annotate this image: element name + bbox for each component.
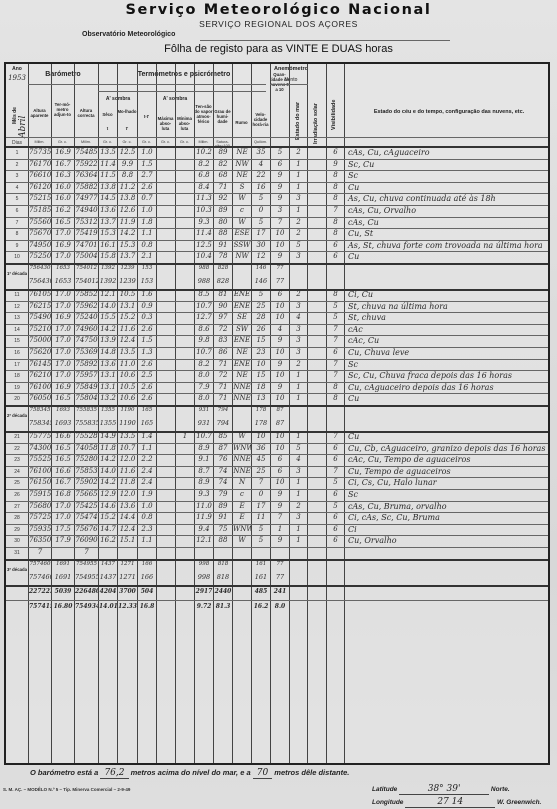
cell-nuv: 7	[271, 513, 289, 521]
cell-vel: 25	[252, 302, 270, 310]
cell-term: 16.0	[52, 183, 74, 191]
cell-alt-ap: 76150	[29, 478, 51, 486]
cell-molh: 12.0	[118, 455, 137, 463]
barometer-note-prefix: O barómetro está a	[30, 768, 98, 777]
cell-alt-cor: 74940	[75, 206, 98, 214]
cell-seco: 14.0	[99, 302, 117, 310]
decade-sum-tensao: 988	[195, 265, 213, 271]
cell-nuv: 7	[271, 218, 289, 226]
cell-tensao: 9.4	[195, 525, 213, 533]
decade-sum-diff: 166	[138, 573, 156, 581]
sky-state-remark: cAc, Cu, Tempo de aguaceiros	[345, 455, 552, 464]
decade-sum-alt-cor: 754955	[75, 573, 98, 581]
cell-molh: 11.9	[118, 218, 137, 226]
decade-sum-seco: 1392	[99, 265, 117, 271]
column-divider	[156, 64, 157, 763]
day-number: 27	[6, 504, 28, 510]
cell-alt-cor: 74058	[75, 444, 98, 452]
day-number: 3	[6, 173, 28, 179]
cell-molh: 13.1	[118, 302, 137, 310]
cell-tensao: 9.8	[195, 336, 213, 344]
year-value: 1953	[6, 74, 28, 82]
unit-label: Gr. c.	[51, 140, 74, 144]
cell-tensao: 12.7	[195, 313, 213, 321]
cell-seco: 11.4	[99, 160, 117, 168]
cell-alt-ap: 76170	[29, 160, 51, 168]
cell-vis: 7	[327, 467, 344, 475]
cell-alt-ap: 75210	[29, 325, 51, 333]
cell-term: 17.9	[52, 536, 74, 544]
cell-hum: 79	[214, 490, 232, 498]
cell-alt-ap: 76120	[29, 183, 51, 191]
cell-min: 1	[176, 432, 194, 440]
cell-alt-cor: 7	[75, 548, 98, 556]
cell-diff: 1.1	[138, 229, 156, 237]
decade-sum-term: 1653	[52, 277, 74, 285]
decade-sum-vel: 178	[252, 419, 270, 427]
total-tensao: 2917	[195, 588, 213, 595]
column-divider	[326, 64, 327, 763]
cell-alt-cor: 75882	[75, 183, 98, 191]
cell-alt-cor: 75280	[75, 455, 98, 463]
decade-sum-hum: 828	[214, 277, 232, 285]
cell-hum: 76	[214, 455, 232, 463]
decade-sum-seco: 1437	[99, 561, 117, 567]
cell-hum: 89	[214, 148, 232, 156]
cell-mar: 1	[290, 478, 307, 486]
cell-mar: 1	[290, 525, 307, 533]
column-divider	[232, 64, 233, 763]
cell-nuv: 6	[271, 160, 289, 168]
cell-vel: 10	[252, 360, 270, 368]
decade-sum-vel: 161	[252, 573, 270, 581]
cell-term: 17.0	[52, 360, 74, 368]
wind-direction-header: Rumo	[232, 120, 251, 125]
cell-vis: 7	[327, 325, 344, 333]
decade-sum-diff: 153	[138, 265, 156, 271]
cell-hum: 71	[214, 360, 232, 368]
cell-alt-cor: 76090	[75, 536, 98, 544]
cell-mar: 5	[290, 444, 307, 452]
cell-diff: 1.4	[138, 432, 156, 440]
cell-vis: 6	[327, 536, 344, 544]
day-number: 18	[6, 373, 28, 379]
sky-state-remark: Cu, Cb, cAguaceiro, granizo depois das 1…	[345, 444, 552, 453]
decade-sum-tensao: 998	[195, 573, 213, 581]
cell-alt-cor: 75902	[75, 478, 98, 486]
total-nuv: 241	[271, 588, 289, 595]
cell-vis: 7	[327, 336, 344, 344]
decade-sum-diff: 165	[138, 419, 156, 427]
cell-tensao: 11.0	[195, 502, 213, 510]
cell-rumo: NE	[233, 371, 251, 379]
cell-molh: 12.4	[118, 525, 137, 533]
column-divider	[175, 64, 176, 763]
cell-molh: 12.5	[118, 148, 137, 156]
cell-alt-ap: 75775	[29, 432, 51, 440]
cell-term: 16.8	[52, 490, 74, 498]
decade-sum-term: 1691	[52, 561, 74, 567]
column-divider	[117, 64, 118, 763]
cell-vel: 17	[252, 229, 270, 237]
decade-sum-alt-ap: 758345	[29, 419, 51, 427]
cell-hum: 81	[214, 290, 232, 298]
cell-alt-ap: 76215	[29, 302, 51, 310]
cell-vel: 18	[252, 383, 270, 391]
sky-state-remark: cAs, Cu, Bruma, orvalho	[345, 502, 552, 511]
decade-sum-molh: 1271	[118, 573, 137, 581]
cell-diff: 0.3	[138, 313, 156, 321]
cell-molh: 13.5	[118, 432, 137, 440]
cell-seco: 16.2	[99, 536, 117, 544]
cell-vis: 8	[327, 194, 344, 202]
cell-rumo: S	[233, 183, 251, 191]
day-number: 14	[6, 327, 28, 333]
barometer-note-mid: metros acima do nível do mar, e a	[131, 768, 251, 777]
cell-term: 17.5	[52, 525, 74, 533]
decade-sum-tensao: 931	[195, 407, 213, 413]
cell-vel: 12	[252, 252, 270, 260]
decade-sum-diff: 153	[138, 277, 156, 285]
cell-mar: 1	[290, 371, 307, 379]
sky-state-remark: Cu, cAguaceiro depois das 16 horas	[345, 383, 552, 392]
cell-alt-cor: 75312	[75, 218, 98, 226]
cell-molh: 10.6	[118, 394, 137, 402]
cell-tensao: 9.1	[195, 455, 213, 463]
cell-tensao: 8.6	[195, 325, 213, 333]
cell-mar: 3	[290, 348, 307, 356]
cell-rumo: W	[233, 194, 251, 202]
cell-seco: 13.8	[99, 183, 117, 191]
sky-state-remark: Cu, St	[345, 229, 552, 238]
barometer-note: O barómetro está a 76,2 metros acima do …	[30, 768, 349, 778]
unit-label: Milim.	[74, 140, 98, 144]
cell-vel: 36	[252, 444, 270, 452]
cell-alt-ap: 75735	[29, 148, 51, 156]
cell-diff: 1.5	[138, 336, 156, 344]
cell-diff: 2.4	[138, 478, 156, 486]
sky-state-remark: As, St, chuva forte com trovoada na últi…	[345, 241, 552, 250]
cell-seco: 13.7	[99, 218, 117, 226]
decade-divider	[6, 585, 548, 587]
cell-mar: 3	[290, 467, 307, 475]
cell-hum: 88	[214, 536, 232, 544]
cell-mar: 3	[290, 325, 307, 333]
cell-rumo: W	[233, 432, 251, 440]
cell-vis: 6	[327, 241, 344, 249]
cell-hum: 91	[214, 241, 232, 249]
sky-state-remark: Sc	[345, 360, 552, 369]
cell-hum: 87	[214, 444, 232, 452]
corrected-height-header: Altura correcta	[74, 108, 98, 118]
cell-vis: 8	[327, 171, 344, 179]
cell-mar: 1	[290, 383, 307, 391]
column-divider	[307, 64, 308, 763]
cell-seco: 13.1	[99, 371, 117, 379]
column-divider	[270, 64, 271, 763]
cell-vel: 7	[252, 478, 270, 486]
unit-label: Quilóm.	[251, 140, 270, 144]
decade-label: 3ª década	[6, 567, 28, 572]
cell-diff: 2.7	[138, 171, 156, 179]
cell-alt-cor: 75892	[75, 360, 98, 368]
cell-term: 16.7	[52, 478, 74, 486]
cell-diff: 2.5	[138, 371, 156, 379]
sky-state-remark: Sc, Cu	[345, 160, 552, 169]
cell-alt-cor: 75369	[75, 348, 98, 356]
decade-sum-seco: 1355	[99, 407, 117, 413]
cell-tensao: 10.2	[195, 148, 213, 156]
cell-alt-ap: 76210	[29, 371, 51, 379]
day-number: 8	[6, 231, 28, 237]
cell-vel: 35	[252, 148, 270, 156]
cell-vis: 6	[327, 252, 344, 260]
decade-sum-seco: 1355	[99, 419, 117, 427]
cell-hum: 80	[214, 218, 232, 226]
day-number: 6	[6, 208, 28, 214]
cell-molh: 11.8	[118, 478, 137, 486]
sky-state-remark: cAc, Cu	[345, 336, 552, 345]
model-line: S. M. AÇ. – MODÊLO N.º 5 – Tip. Minerva …	[3, 787, 130, 792]
cell-alt-ap: 75525	[29, 455, 51, 463]
cell-hum: 86	[214, 348, 232, 356]
cell-nuv: 10	[271, 229, 289, 237]
total-seco: 4204	[99, 588, 117, 595]
cell-hum: 74	[214, 478, 232, 486]
visibility-header: Visibilidade	[331, 100, 337, 130]
cell-rumo: c	[233, 490, 251, 498]
total-alt-cor: 2264802	[75, 588, 98, 595]
unit-label: Gr. c.	[156, 140, 175, 144]
day-number: 15	[6, 338, 28, 344]
cell-alt-cor: 75240	[75, 313, 98, 321]
sky-state-remark: Sc, Cu, Chuva fraca depois das 16 horas	[345, 371, 552, 380]
longitude-value: 27 14	[405, 797, 495, 808]
cell-term: 17.0	[52, 502, 74, 510]
cell-seco: 14.2	[99, 478, 117, 486]
cell-alt-cor: 75853	[75, 467, 98, 475]
cell-molh: 10.6	[118, 371, 137, 379]
sky-state-remark: cAc	[345, 325, 552, 334]
cell-seco: 14.8	[99, 348, 117, 356]
cell-rumo: ENE	[233, 290, 251, 298]
column-divider	[289, 64, 290, 763]
cell-mar: 3	[290, 513, 307, 521]
cell-vel: 5	[252, 525, 270, 533]
cell-vis: 7	[327, 360, 344, 368]
cell-nuv: 9	[271, 383, 289, 391]
cell-alt-ap: 75680	[29, 502, 51, 510]
day-number: 2	[6, 162, 28, 168]
cell-hum: 75	[214, 525, 232, 533]
cell-molh: 11.6	[118, 325, 137, 333]
decade-sum-hum: 818	[214, 573, 232, 581]
column-divider	[194, 64, 195, 763]
cell-tensao: 8.9	[195, 478, 213, 486]
day-number: 30	[6, 538, 28, 544]
column-divider	[51, 64, 52, 763]
cell-hum: 72	[214, 325, 232, 333]
cell-seco: 14.2	[99, 455, 117, 463]
cell-alt-ap: 7	[29, 548, 51, 556]
total-nuv: 8.0	[271, 603, 289, 610]
cell-diff: 2.6	[138, 394, 156, 402]
service-title: Serviço Meteorológico Nacional	[0, 2, 557, 18]
day-number: 19	[6, 385, 28, 391]
cell-rumo: ENE	[233, 302, 251, 310]
cell-term: 16.5	[52, 394, 74, 402]
barometer-group-header: Barómetro	[28, 71, 98, 78]
cell-tensao: 9.3	[195, 218, 213, 226]
cell-alt-ap: 75490	[29, 313, 51, 321]
cell-tensao: 11.9	[195, 513, 213, 521]
unit-label: Gr. c.	[117, 140, 137, 144]
cell-rumo: W	[233, 536, 251, 544]
day-number: 25	[6, 480, 28, 486]
cell-rumo: SW	[233, 325, 251, 333]
decade-sum-nuv: 77	[271, 561, 289, 567]
cell-nuv: 6	[271, 455, 289, 463]
longitude-line: Longitude 27 14 W. Greenwich.	[372, 797, 541, 808]
cell-term: 16.5	[52, 455, 74, 463]
cell-tensao: 8.9	[195, 444, 213, 452]
day-number: 10	[6, 254, 28, 260]
cell-mar: 4	[290, 455, 307, 463]
cell-rumo: SE	[233, 313, 251, 321]
cell-seco: 14.0	[99, 467, 117, 475]
cell-diff: 2.3	[138, 525, 156, 533]
cell-molh: 11.0	[118, 360, 137, 368]
cell-diff: 1.0	[138, 502, 156, 510]
cell-term: 17.0	[52, 371, 74, 379]
cell-vel: 0	[252, 206, 270, 214]
cell-term: 16.6	[52, 467, 74, 475]
latitude-suffix: Norte.	[491, 786, 510, 793]
cell-rumo: E	[233, 502, 251, 510]
cell-vel: 26	[252, 325, 270, 333]
cell-vis: 6	[327, 513, 344, 521]
cell-vis: 6	[327, 525, 344, 533]
cell-alt-cor: 75528	[75, 432, 98, 440]
shade-header-1: A' sombra	[98, 96, 138, 102]
cell-nuv: 1	[271, 525, 289, 533]
cell-vis: 7	[327, 432, 344, 440]
sky-state-remark: As, Cu, chuva continuada até às 18h	[345, 194, 552, 203]
cell-rumo: NNE	[233, 394, 251, 402]
cell-hum: 71	[214, 183, 232, 191]
cell-vis: 8	[327, 383, 344, 391]
cell-hum: 90	[214, 302, 232, 310]
cell-alt-ap: 75215	[29, 194, 51, 202]
cell-mar: 1	[290, 171, 307, 179]
cell-molh: 10.7	[118, 444, 137, 452]
decade-sum-hum: 828	[214, 265, 232, 271]
cell-diff: 0.9	[138, 302, 156, 310]
cell-molh: 14.4	[118, 513, 137, 521]
cell-vel: 30	[252, 241, 270, 249]
cell-seco: 14.5	[99, 194, 117, 202]
sky-state-remark: Cu, Chuva leve	[345, 348, 552, 357]
cell-rumo: NW	[233, 160, 251, 168]
cell-diff: 2.6	[138, 383, 156, 391]
cell-nuv: 3	[271, 206, 289, 214]
cell-vis: 8	[327, 394, 344, 402]
cell-vel: 0	[252, 490, 270, 498]
cell-seco: 13.9	[99, 336, 117, 344]
units-divider	[6, 137, 548, 138]
cell-term: 16.9	[52, 241, 74, 249]
header-divider	[98, 91, 266, 92]
cell-alt-ap: 75620	[29, 348, 51, 356]
cell-mar: 1	[290, 206, 307, 214]
cell-vis: 9	[327, 160, 344, 168]
cell-nuv: 10	[271, 394, 289, 402]
cell-alt-cor: 75804	[75, 394, 98, 402]
cell-hum: 88	[214, 229, 232, 237]
cell-alt-cor: 75474	[75, 513, 98, 521]
cell-tensao: 8.0	[195, 371, 213, 379]
cell-rumo: ENE	[233, 336, 251, 344]
observatory-blank-line	[200, 40, 450, 41]
decade-sum-seco: 1392	[99, 277, 117, 285]
cell-molh: 10.5	[118, 290, 137, 298]
cell-vis: 6	[327, 455, 344, 463]
cell-hum: 89	[214, 206, 232, 214]
cell-diff: 2.6	[138, 183, 156, 191]
cell-nuv: 10	[271, 432, 289, 440]
decade-label: 1ª década	[6, 271, 28, 276]
observatory-label: Observatório Meteorológico	[82, 31, 175, 38]
cell-mar: 1	[290, 394, 307, 402]
cell-term: 16.9	[52, 313, 74, 321]
cell-molh: 15.3	[118, 241, 137, 249]
decade-sum-molh: 1239	[118, 277, 137, 285]
cell-mar: 1	[290, 160, 307, 168]
cell-alt-ap: 75725	[29, 513, 51, 521]
cell-rumo: c	[233, 206, 251, 214]
day-number: 24	[6, 469, 28, 475]
cell-diff: 2.4	[138, 467, 156, 475]
decade-sum-nuv: 87	[271, 419, 289, 427]
cell-tensao: 8.4	[195, 183, 213, 191]
total-vel: 16.2	[252, 603, 270, 610]
cell-molh: 12.6	[118, 206, 137, 214]
cell-diff: 1.1	[138, 444, 156, 452]
vapor-tension-header: Ten-são do vapor atmos-férico	[194, 104, 213, 124]
cell-nuv: 9	[271, 252, 289, 260]
cell-vis: 6	[327, 490, 344, 498]
cell-vel: 16	[252, 183, 270, 191]
cell-hum: 82	[214, 160, 232, 168]
day-number: 7	[6, 220, 28, 226]
regional-service-subtitle: SERVIÇO REGIONAL DOS AÇORES	[0, 19, 557, 29]
cell-alt-cor: 75004	[75, 252, 98, 260]
column-divider	[137, 64, 138, 763]
sky-state-remark: Cu, Tempo de aguaceiros	[345, 467, 552, 476]
cell-vel: 5	[252, 536, 270, 544]
cell-vis: 8	[327, 229, 344, 237]
cell-vel: 10	[252, 432, 270, 440]
cell-vel: 13	[252, 394, 270, 402]
cell-nuv: 10	[271, 444, 289, 452]
cell-alt-cor: 74750	[75, 336, 98, 344]
cell-seco: 12.1	[99, 290, 117, 298]
cell-seco: 14.2	[99, 325, 117, 333]
cell-alt-ap: 75185	[29, 206, 51, 214]
cell-term: 16.9	[52, 148, 74, 156]
cell-mar: 1	[290, 432, 307, 440]
day-number: 16	[6, 350, 28, 356]
